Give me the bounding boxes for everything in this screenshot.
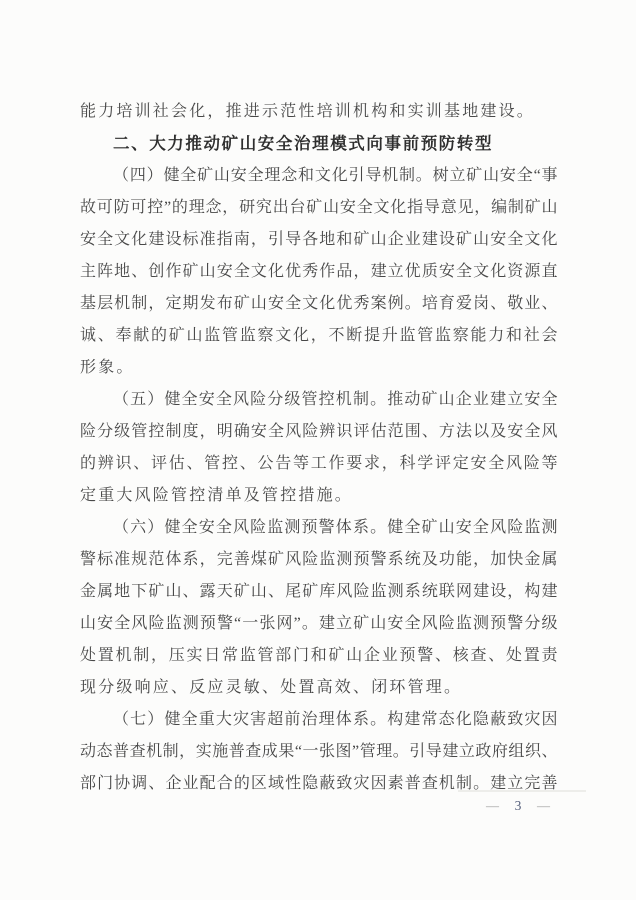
text-line: 安全文化建设标准指南，引导各地和矿山企业建设矿山安全文化	[80, 224, 558, 256]
text-line: 基层机制，定期发布矿山安全文化优秀案例。培育爱岗、敬业、忠	[80, 288, 558, 320]
text-line: （四）健全矿山安全理念和文化引导机制。树立矿山安全“事	[80, 160, 558, 192]
page-number-dash-left: —	[486, 798, 499, 814]
text-line: 动态普查机制，实施普查成果“一张图”管理。引导建立政府组织、	[80, 736, 558, 768]
text-line: （七）健全重大灾害超前治理体系。构建常态化隐蔽致灾因素	[80, 704, 558, 736]
text-line: 金属地下矿山、露天矿山、尾矿库风险监测系统联网建设，构建矿	[80, 576, 558, 608]
page-number-dash-right: —	[537, 798, 550, 814]
text-block: 能力培训社会化，推进示范性培训机构和实训基地建设。二、大力推动矿山安全治理模式向…	[80, 96, 558, 800]
text-line: 处置机制，压实日常监管部门和矿山企业预警、核查、处置责任，实	[80, 640, 558, 672]
text-line: 形象。	[80, 352, 558, 384]
text-line: 警标准规范体系，完善煤矿风险监测预警系统及功能，加快金属非	[80, 544, 558, 576]
text-line: 诚、奉献的矿山监管监察文化，不断提升监管监察能力和社会	[80, 320, 558, 352]
page-number-value: 3	[515, 798, 522, 814]
text-line: （五）健全安全风险分级管控机制。推动矿山企业建立安全风	[80, 384, 558, 416]
section-heading: 二、大力推动矿山安全治理模式向事前预防转型	[80, 128, 558, 160]
text-line: 定重大风险管控清单及管控措施。	[80, 480, 558, 512]
text-line: 能力培训社会化，推进示范性培训机构和实训基地建设。	[80, 96, 558, 128]
scan-artifact-line	[458, 790, 586, 792]
text-line: 山安全风险监测预警“一张网”。建立矿山安全风险监测预警分级	[80, 608, 558, 640]
text-line: 险分级管控制度，明确安全风险辨识评估范围、方法以及安全风险	[80, 416, 558, 448]
text-line: 现分级响应、反应灵敏、处置高效、闭环管理。	[80, 672, 558, 704]
text-line: 故可防可控”的理念，研究出台矿山安全文化指导意见，编制矿山	[80, 192, 558, 224]
text-line: 的辨识、评估、管控、公告等工作要求，科学评定安全风险等级，制	[80, 448, 558, 480]
text-line: 主阵地、创作矿山安全文化优秀作品，建立优质安全文化资源直达	[80, 256, 558, 288]
page-number: — 3 —	[486, 796, 550, 816]
document-page: 能力培训社会化，推进示范性培训机构和实训基地建设。二、大力推动矿山安全治理模式向…	[0, 0, 636, 900]
text-line: （六）健全安全风险监测预警体系。健全矿山安全风险监测预	[80, 512, 558, 544]
